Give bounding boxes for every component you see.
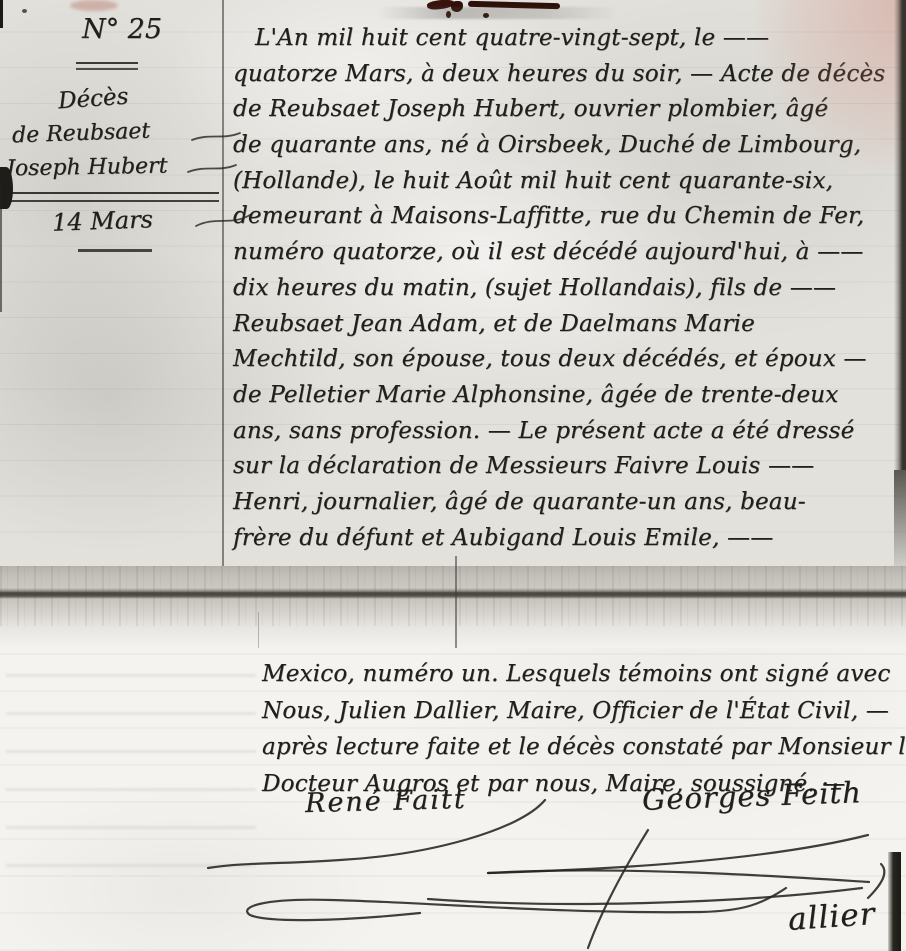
- signature-flourish: [868, 864, 884, 898]
- signature-flourish: [588, 830, 648, 948]
- signature-flourishes: [0, 780, 906, 951]
- binding-edge-fade: [894, 470, 906, 568]
- signature-flourish: [428, 888, 862, 904]
- register-sheet: N° 25 Décès de Reubsaet Joseph Hubert 14…: [0, 0, 906, 568]
- act-line: Nous, Julien Dallier, Maire, Officier de…: [262, 693, 898, 730]
- scanned-death-record: N° 25 Décès de Reubsaet Joseph Hubert 14…: [0, 0, 906, 951]
- signature-flourish: [488, 870, 869, 882]
- act-line: Mexico, numéro un. Lesquels témoins ont …: [262, 656, 898, 693]
- scan-edge-dark-strip: [888, 852, 901, 951]
- signature-flourish: [208, 800, 545, 868]
- page-edge: [0, 0, 3, 28]
- smudge: [70, 0, 118, 11]
- scan-junction-noise: [0, 566, 906, 626]
- flourish-stroke: [196, 215, 250, 226]
- flourish-stroke: [188, 165, 236, 172]
- page-edge-line: [0, 182, 2, 312]
- act-line: après lecture faite et le décès constaté…: [262, 729, 898, 766]
- ink-dot: [22, 9, 27, 13]
- binding-edge: [894, 0, 906, 470]
- paper-discoloration: [756, 0, 906, 170]
- signature-flourish: [488, 835, 868, 873]
- smudge: [378, 7, 618, 19]
- flourish-stroke: [192, 133, 240, 140]
